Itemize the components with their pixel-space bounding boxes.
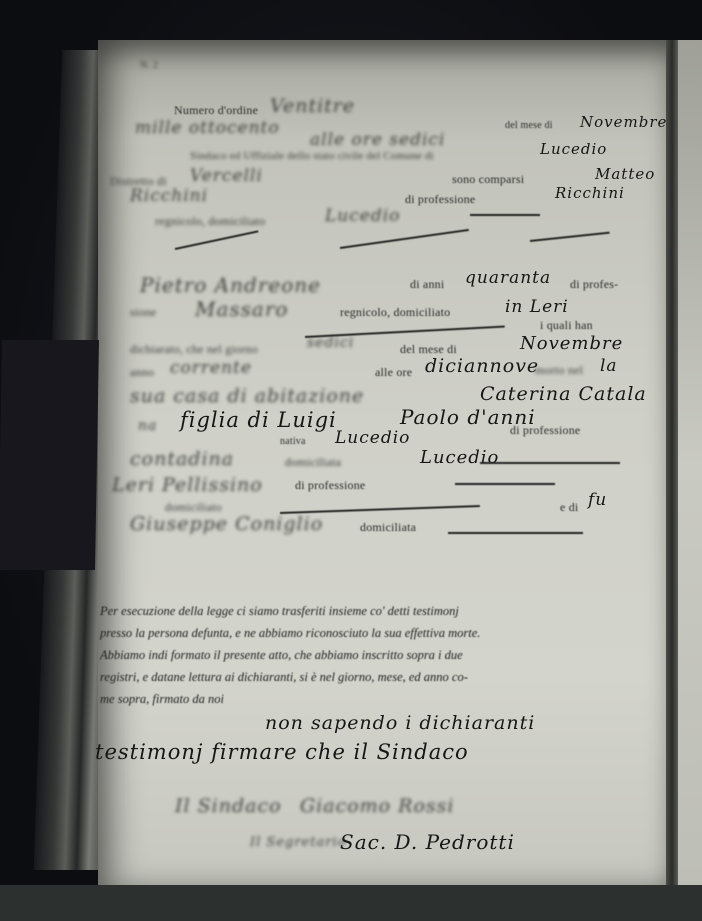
book-binding <box>666 40 678 890</box>
deceased-domicile-label: domiciliata <box>285 455 341 470</box>
paragraph-line: presso la persona defunta, e ne abbiamo … <box>100 622 640 644</box>
header-hand-6r: Ricchini <box>555 184 625 202</box>
dark-bookmark-card <box>0 340 99 570</box>
death-month: Novembre <box>520 333 623 354</box>
header-hand-1: Ventitre <box>270 95 355 117</box>
declarant-name: Pietro Andreone <box>140 273 321 297</box>
declarant-residence-label: regnicolo, domiciliato <box>340 305 450 320</box>
deceased-father: figlia di Luigi <box>180 408 337 432</box>
e-di-hand: fu <box>588 490 607 510</box>
header-hand-3: alle ore sedici <box>310 130 445 150</box>
blank-rule <box>448 532 583 534</box>
paragraph-line: Per esecuzione della legge ci siamo tras… <box>100 600 640 622</box>
declarant-prof-cont: sione <box>130 305 156 320</box>
header-hand-2: mille ottocento <box>135 118 280 138</box>
spouse-name: Giuseppe Coniglio <box>130 513 323 535</box>
death-year: corrente <box>170 358 252 378</box>
signature-4: Sac. D. Pedrotti <box>340 830 515 854</box>
e-di-label: e di <box>560 500 578 515</box>
declarant-age-label: di anni <box>410 277 444 292</box>
deceased-birthplace: Lucedio <box>335 428 410 448</box>
mother-prof-label: di professione <box>295 478 365 493</box>
death-day: sedici <box>307 335 354 351</box>
death-hour: diciannove <box>425 355 539 377</box>
place-label: morto nel <box>535 363 583 378</box>
deceased-prof: contadina <box>130 448 234 470</box>
paragraph-line: registri, e datane lettura ai dichiarant… <box>100 666 640 688</box>
closing-hand-2: testimonj firmare che il Sindaco <box>95 740 469 764</box>
header-printed-1: Numero d'ordine <box>174 103 258 118</box>
adjacent-page <box>678 40 702 890</box>
header-printed-7: regnicolo, domiciliato <box>155 214 265 229</box>
declarant-prof-label: di profes- <box>570 277 618 292</box>
header-hand-2r: Novembre <box>580 113 667 131</box>
header-hand-5r: Matteo <box>595 165 655 183</box>
spouse-domicile-label: domiciliata <box>360 520 416 535</box>
hour-label: alle ore <box>375 365 412 380</box>
declarant-prof: Massaro <box>195 297 288 321</box>
deceased-name: Caterina Catala <box>480 383 647 405</box>
blank-rule <box>470 214 540 216</box>
blank-rule <box>455 483 555 485</box>
deceased-prof-label: di professione <box>510 423 580 438</box>
signature-3: Il Segretario <box>250 835 346 850</box>
death-place: la <box>600 356 618 376</box>
paragraph-line: Abbiamo indi formato il presente atto, c… <box>100 644 640 666</box>
declarant-residence: in Leri <box>505 297 569 317</box>
header-hand-6: Ricchini <box>130 186 208 206</box>
header-printed-6: di professione <box>405 192 475 207</box>
deceased-line-2a: na <box>138 418 157 434</box>
page-number: N. 2 <box>140 60 158 71</box>
header-printed-5r: sono comparsi <box>452 172 524 187</box>
header-printed-4: Sindaco ed Uffiziale dello stato civile … <box>190 150 434 162</box>
mother-name: Leri Pellissino <box>112 474 263 496</box>
bottom-surface <box>0 885 702 921</box>
signature-2: Giacomo Rossi <box>300 795 454 817</box>
header-printed-2r: del mese di <box>505 120 553 131</box>
signature-1: Il Sindaco <box>175 795 282 817</box>
year-label: anno <box>130 365 154 380</box>
header-hand-4: Lucedio <box>540 140 607 158</box>
printed-paragraph: Per esecuzione della legge ci siamo tras… <box>100 600 640 710</box>
paragraph-line: me sopra, firmato da noi <box>100 688 640 710</box>
nativa-label: nativa <box>280 436 306 447</box>
header-hand-7: Lucedio <box>325 206 400 226</box>
deceased-domicile: Lucedio <box>420 447 499 468</box>
dichiarato-label: dichiarato, che nel giorno <box>130 342 258 357</box>
closing-hand-1: non sapendo i dichiaranti <box>265 712 535 734</box>
header-hand-5: Vercelli <box>190 166 263 186</box>
blank-rule <box>480 462 620 464</box>
deceased-line-1: sua casa di abitazione <box>130 385 364 407</box>
quali-label: i quali han <box>540 318 593 333</box>
declarant-age: quaranta <box>465 268 551 288</box>
